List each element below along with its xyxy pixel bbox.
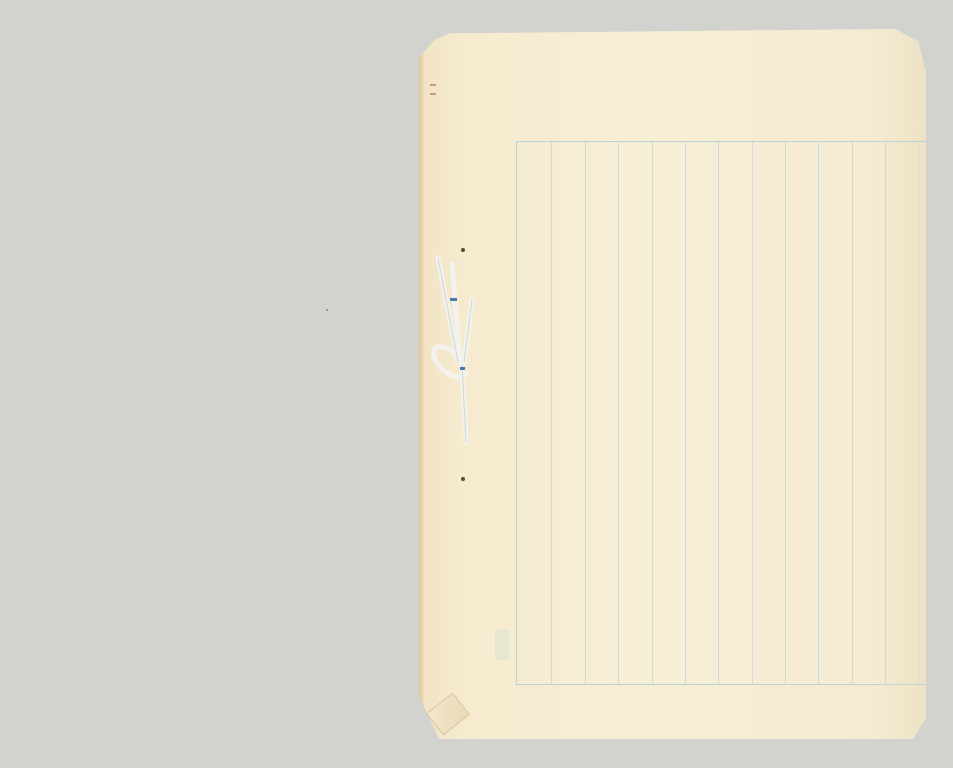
rule-line [918,142,919,684]
rule-line [752,142,753,684]
rule-line [718,142,719,684]
ink-mark [430,84,436,86]
rule-line [852,142,853,684]
rule-line [618,142,619,684]
binding-hole-bottom [461,477,465,481]
string-tie-icon [428,252,478,452]
bleed-through-mark [495,630,509,660]
rule-line [885,142,886,684]
rule-line [785,142,786,684]
background-speck [326,309,328,311]
rule-line [585,142,586,684]
ink-mark [430,93,436,95]
rule-line [551,142,552,684]
ruled-grid [516,141,931,685]
rule-line [818,142,819,684]
rule-line [685,142,686,684]
rule-line [652,142,653,684]
